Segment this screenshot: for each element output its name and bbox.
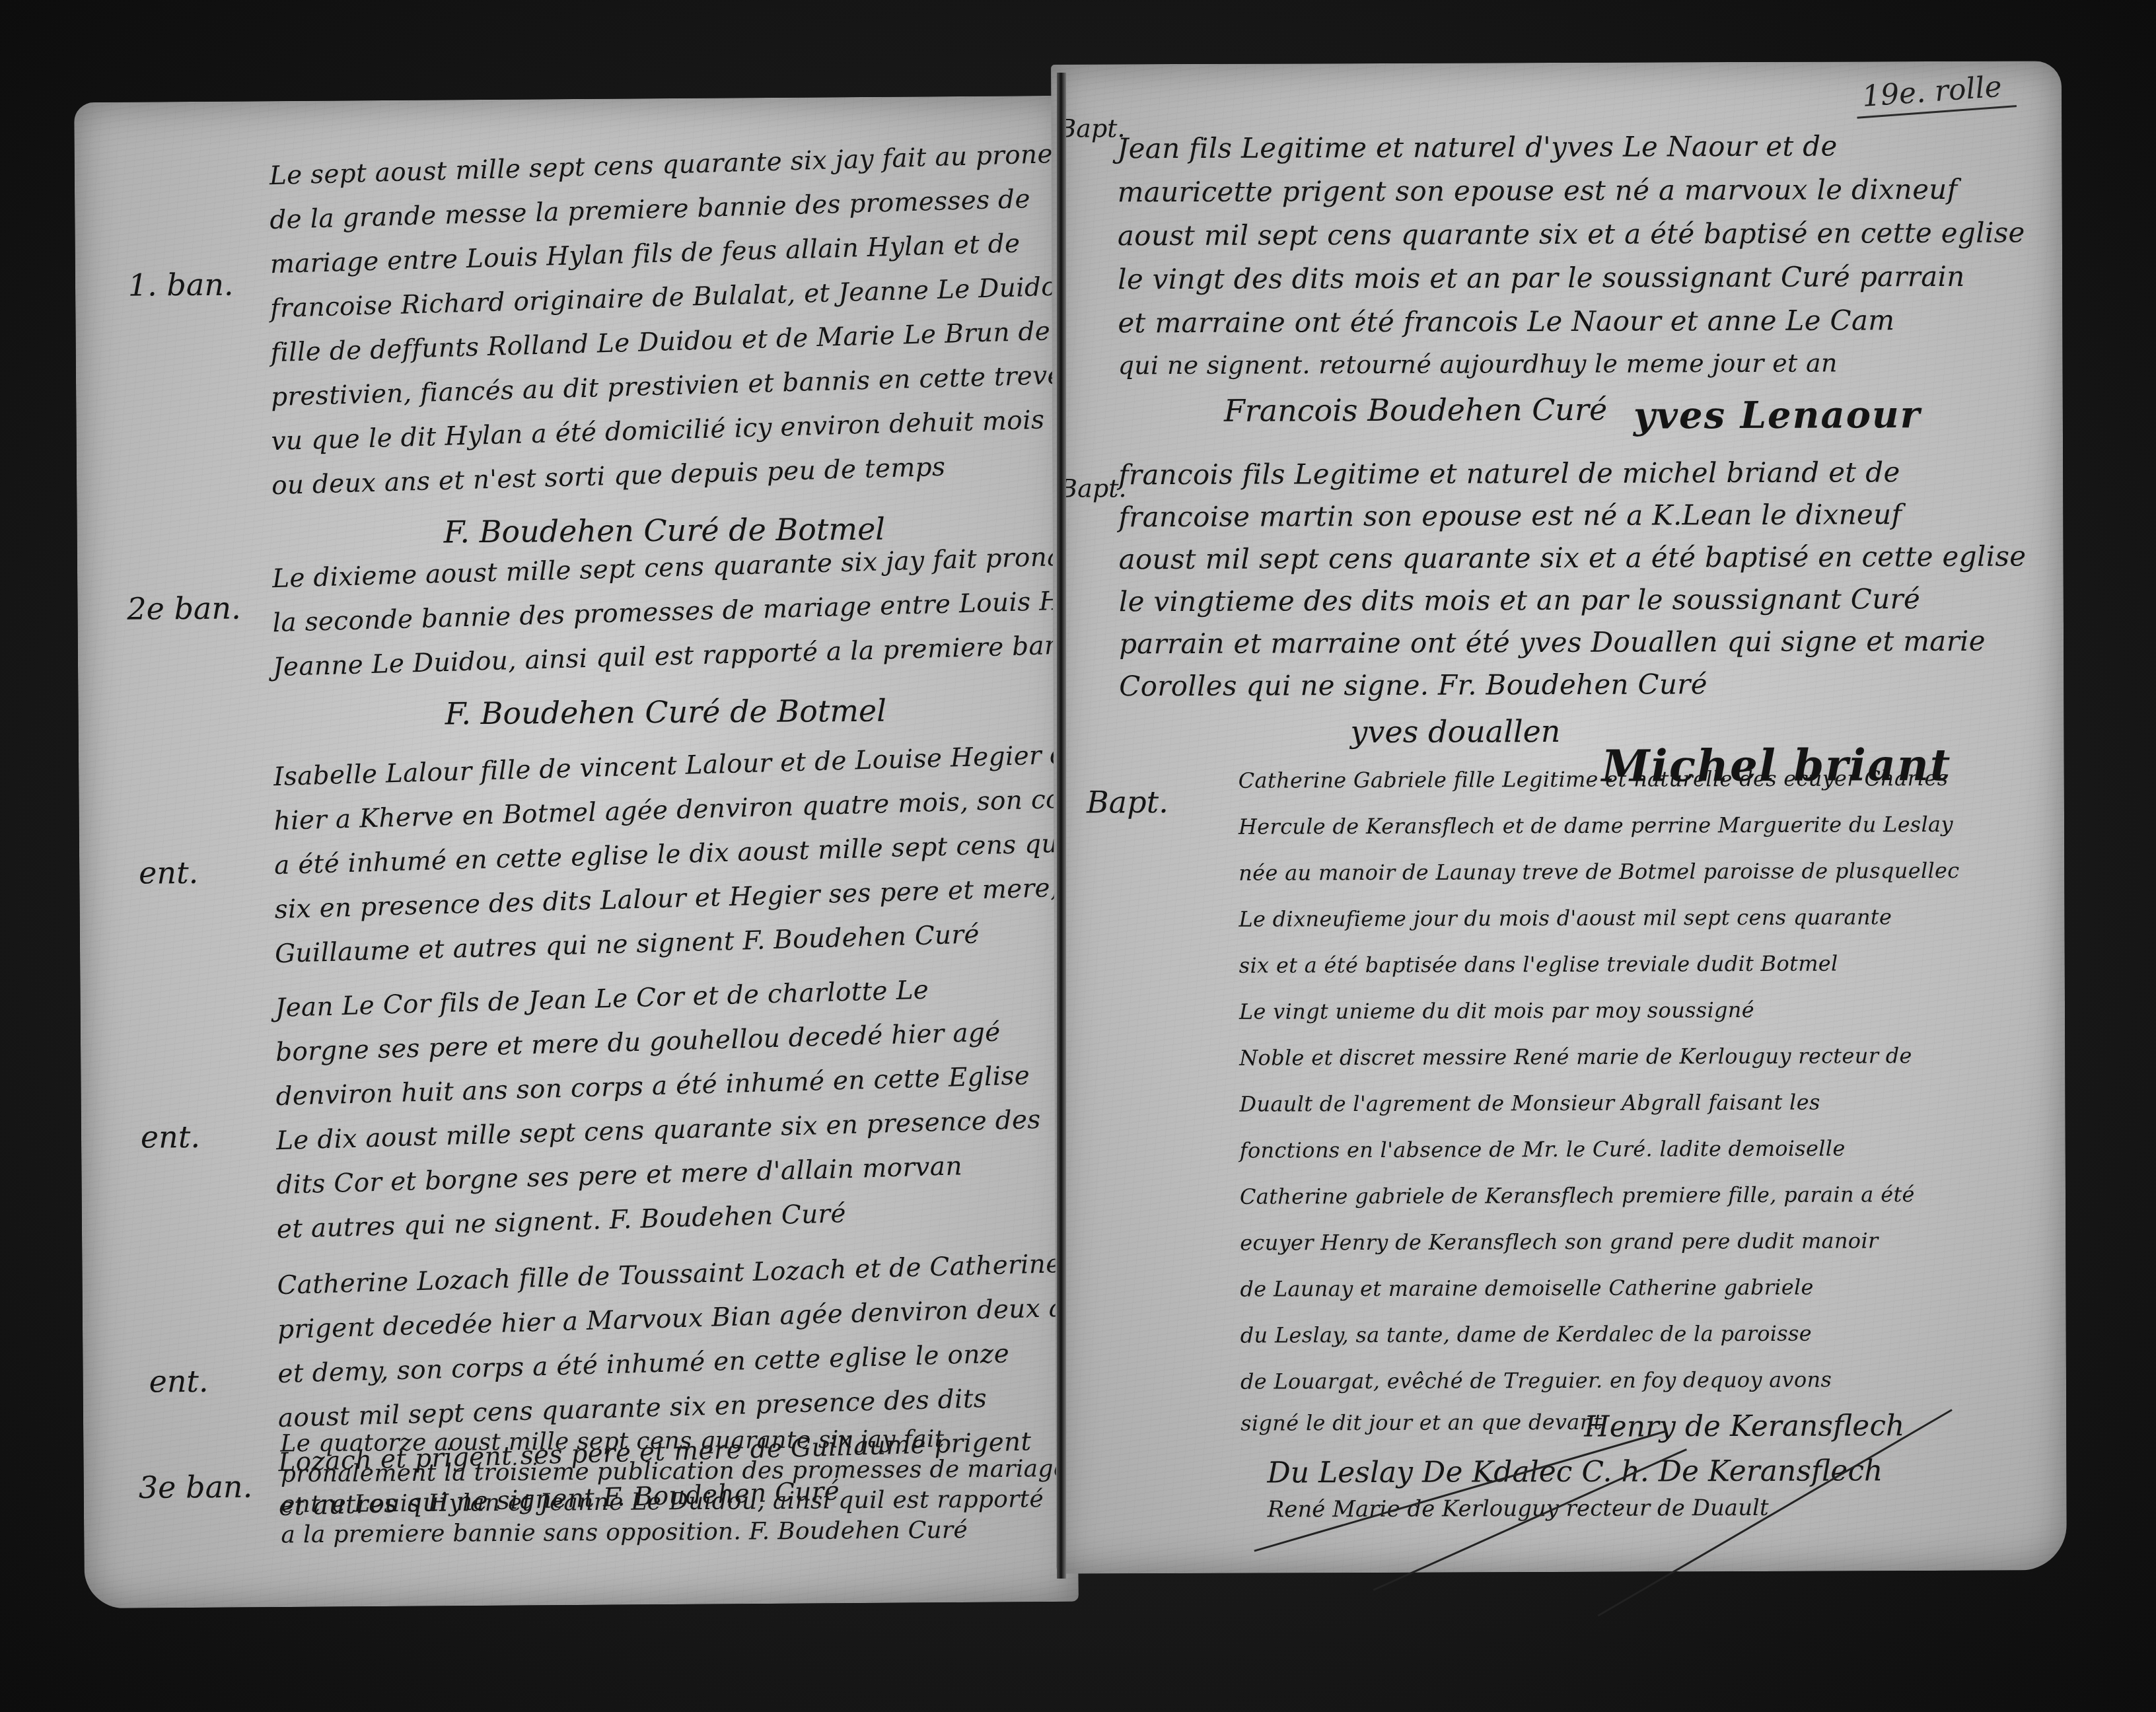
margin-label: 2e ban. xyxy=(127,590,241,627)
entry-baptism-le-naour: Bapt. Jean fils Legitime et naturel d'yv… xyxy=(1064,124,2025,437)
text-line: Le vingt unieme du dit mois par moy sous… xyxy=(1239,986,1960,1035)
text-line: Corolles qui ne signe. Fr. Boudehen Curé xyxy=(1119,662,2027,708)
entry-second-ban: 2e ban. Le dixieme aoust mille sept cens… xyxy=(137,551,1155,741)
margin-label: ent. xyxy=(139,855,198,891)
entry-baptism-briand: Bapt. francois fils Legitime et naturel … xyxy=(1065,451,2027,798)
text-line: Le dixneufieme jour du mois d'aoust mil … xyxy=(1239,894,1959,943)
margin-label: Bapt. xyxy=(1059,474,1126,503)
left-page: 1. ban. Le sept aoust mille sept cens qu… xyxy=(74,96,1079,1608)
text-line: Jean fils Legitime et naturel d'yves Le … xyxy=(1117,124,2025,171)
text-line: de Launay et maraine demoiselle Catherin… xyxy=(1240,1264,1960,1312)
margin-label: 1. ban. xyxy=(128,267,234,303)
text-line: née au manoir de Launay treve de Botmel … xyxy=(1239,847,1959,896)
text-line: le vingt des dits mois et an par le sous… xyxy=(1118,255,2025,302)
entry-third-ban: 3e ban. Le quatorze aoust mille sept cen… xyxy=(138,1423,1068,1551)
text-line: Hercule de Keransflech et de dame perrin… xyxy=(1239,801,1959,850)
text-line: parrain et marraine ont été yves Doualle… xyxy=(1119,620,2027,666)
signature-henry-keransflech: Henry de Keransflech xyxy=(1584,1401,1961,1452)
text-line: Catherine Gabriele fille Legitime et nat… xyxy=(1239,755,1959,804)
text-line: Le quatorze aoust mille sept cens quaran… xyxy=(280,1423,1067,1459)
text-line: fonctions en l'absence de Mr. le Curé. l… xyxy=(1240,1125,1960,1174)
signature: F. Boudehen Curé de Botmel xyxy=(445,684,1155,739)
text-line: du Leslay, sa tante, dame de Kerdalec de… xyxy=(1240,1310,1961,1359)
margin-label: Bapt. xyxy=(1058,114,1125,143)
margin-label: Bapt. xyxy=(1087,784,1168,820)
text-line: pronalement la troisieme publication des… xyxy=(281,1454,1068,1489)
margin-label: ent. xyxy=(149,1363,208,1400)
margin-label: 3e ban. xyxy=(139,1469,253,1505)
book-gutter xyxy=(1057,73,1066,1579)
text-line: mauricette prigent son epouse est né a m… xyxy=(1118,168,2025,215)
right-page: 19e. rolle Bapt. Jean fils Legitime et n… xyxy=(1051,61,2067,1573)
entry-burial-le-cor: ent. Jean Le Cor fils de Jean Le Cor et … xyxy=(139,981,1042,1253)
text-line: entre Louis Hylan et Jeanne Le Duidou, a… xyxy=(281,1484,1068,1520)
margin-label: ent. xyxy=(141,1119,200,1155)
text-line: le vingtieme des dits mois et an par le … xyxy=(1119,578,2027,624)
entry-first-ban: 1. ban. Le sept aoust mille sept cens qu… xyxy=(134,149,1076,559)
signature-yves-lenaour: yves Lenaour xyxy=(1634,385,1922,446)
text-line: Duault de l'agrement de Monsieur Abgrall… xyxy=(1239,1079,1960,1127)
text-line: ecuyer Henry de Keransflech son grand pe… xyxy=(1240,1217,1960,1266)
text-line: aoust mil sept cens quarante six et a ét… xyxy=(1119,536,2027,581)
signature-recteur: René Marie de Kerlouguy recteur de Duaul… xyxy=(1268,1491,1962,1526)
signature-witnesses: Du Leslay De Kdalec C. h. De Keransflech xyxy=(1267,1451,1961,1493)
text-line: Noble et discret messire René marie de K… xyxy=(1239,1032,1960,1081)
text-line: six et a été baptisée dans l'eglise trev… xyxy=(1239,940,1960,989)
text-line: qui ne signent. retourné aujourdhuy le m… xyxy=(1118,342,2025,386)
text-line: francois fils Legitime et naturel de mic… xyxy=(1118,451,2026,497)
text-line: Catherine gabriele de Keransflech premie… xyxy=(1240,1171,1960,1220)
text-line: aoust mil sept cens quarante six et a ét… xyxy=(1118,211,2025,258)
folio-number: 19e. rolle xyxy=(1855,69,2017,119)
text-line: francoise martin son epouse est né a K.L… xyxy=(1118,493,2026,539)
entry-baptism-keransflech: Bapt. Catherine Gabriele fille Legitime … xyxy=(1067,755,1962,1527)
text-line: de Louargat, evêché de Treguier. en foy … xyxy=(1240,1356,1961,1405)
entry-burial-lalour: ent. Isabelle Lalour fille de vincent La… xyxy=(138,749,1161,978)
text-line: a la premiere bannie sans opposition. F.… xyxy=(281,1515,1068,1550)
text-line: et marraine ont été francois Le Naour et… xyxy=(1118,299,2025,345)
